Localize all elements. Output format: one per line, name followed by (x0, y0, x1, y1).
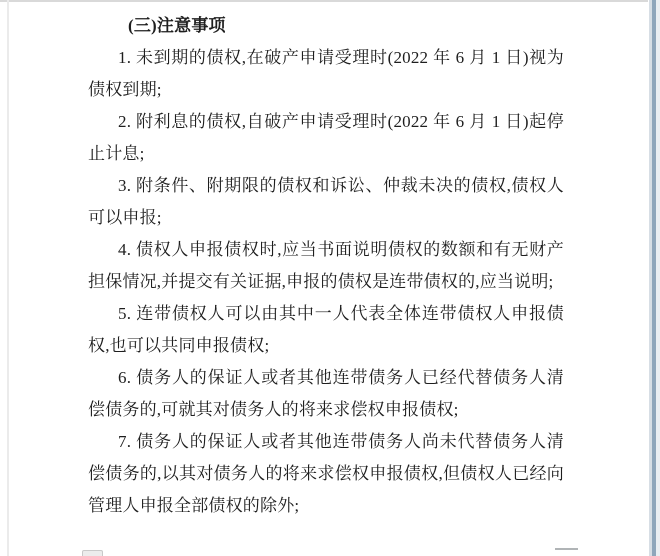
document-page: (三)注意事项 1. 未到期的债权,在破产申请受理时(2022 年 6 月 1 … (0, 0, 660, 556)
page-right-border (648, 0, 660, 556)
notice-item-6: 6. 债务人的保证人或者其他连带债务人已经代替债务人清偿债务的,可就其对债务人的… (88, 362, 564, 426)
notice-item-3: 3. 附条件、附期限的债权和诉讼、仲裁未决的债权,债权人可以申报; (88, 170, 564, 234)
notice-item-1: 1. 未到期的债权,在破产申请受理时(2022 年 6 月 1 日)视为债权到期… (88, 42, 564, 106)
notice-item-4: 4. 债权人申报债权时,应当书面说明债权的数额和有无财产担保情况,并提交有关证据… (88, 234, 564, 298)
page-top-border (0, 0, 660, 2)
page-left-border (7, 0, 9, 556)
document-content: (三)注意事项 1. 未到期的债权,在破产申请受理时(2022 年 6 月 1 … (88, 10, 564, 522)
notice-item-5: 5. 连带债权人可以由其中一人代表全体连带债权人申报债权,也可以共同申报债权; (88, 298, 564, 362)
cropped-element-bottom-right (555, 548, 578, 550)
cropped-element-bottom-left (82, 550, 103, 556)
notice-item-7: 7. 债务人的保证人或者其他连带债务人尚未代替债务人清偿债务的,以其对债务人的将… (88, 426, 564, 522)
notice-item-2: 2. 附利息的债权,自破产申请受理时(2022 年 6 月 1 日)起停止计息; (88, 106, 564, 170)
section-heading: (三)注意事项 (88, 10, 564, 42)
